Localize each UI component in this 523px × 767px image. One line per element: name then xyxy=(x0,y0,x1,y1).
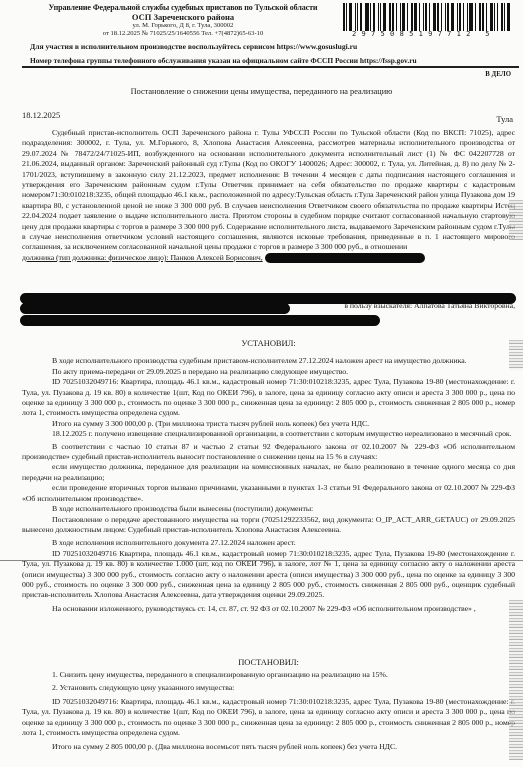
resolved-item: ID 70251032049716: Квартира, площадь 46.… xyxy=(22,697,515,739)
scan-noise xyxy=(509,200,523,240)
established-paragraph: В ходе исполнительного производства были… xyxy=(22,504,515,514)
established-paragraph: В ходе исполнения исполнительного докуме… xyxy=(22,538,515,548)
resolved-total: Итого на сумму 2 805 000,00 р. (Два милл… xyxy=(22,742,515,752)
filing-stamp: В ДЕЛО xyxy=(485,71,511,78)
resolved-item: 2. Установить следующую цену указанного … xyxy=(22,683,515,693)
document-city: Тула xyxy=(496,114,513,124)
established-paragraph: если имущество должника, переданное для … xyxy=(22,462,515,483)
barcode-icon xyxy=(343,3,513,31)
established-paragraph: если проведение вторичных торгов вызвано… xyxy=(22,483,515,504)
document-page: Управление Федеральной службы судебных п… xyxy=(0,0,523,767)
header-divider xyxy=(22,66,519,68)
established-paragraph: В ходе исполнительного производства суде… xyxy=(22,356,515,366)
debtor-line: должника (тип должника: физическое лицо)… xyxy=(22,253,515,263)
redaction-bar xyxy=(20,315,380,326)
established-paragraph: По акту приема-передачи от 29.09.2025 в … xyxy=(22,367,515,377)
debtor-label: должника (тип должника: физическое лицо)… xyxy=(22,253,263,262)
resolved-section: ПОСТАНОВИЛ: 1. Снизить цену имущества, п… xyxy=(22,648,515,753)
resolved-heading: ПОСТАНОВИЛ: xyxy=(22,657,515,667)
claimant-label: в пользу взыскателя: Алпатова Татьяна Ви… xyxy=(344,301,515,310)
issuer-org: Управление Федеральной службы судебных п… xyxy=(28,3,338,12)
gosuslugi-notice: Для участия в исполнительном производств… xyxy=(30,42,357,51)
issuer-department: ОСП Зареченского района xyxy=(28,12,338,22)
issuer-reference: от 18.12.2025 № 71025/25/1640556 Тел. +7… xyxy=(28,30,338,38)
barcode-digits: 2975085197712 5 xyxy=(352,30,512,38)
document-date: 18.12.2025 xyxy=(22,110,60,120)
intro-paragraph: Судебный пристав-исполнитель ОСП Заречен… xyxy=(22,128,515,253)
redaction-bar xyxy=(20,303,290,314)
established-paragraph: Итого на сумму 3 300 000,00 р. (Три милл… xyxy=(22,419,515,429)
issuer-header: Управление Федеральной службы судебных п… xyxy=(28,3,338,37)
phone-notice: Номер телефона группы телефонного обслуж… xyxy=(30,56,417,65)
redaction-bar xyxy=(265,253,425,263)
established-paragraph: ID 70251032049716 Квартира, площадь 46.1… xyxy=(22,549,515,601)
established-paragraph: В соответствии с частью 10 статьи 87 и ч… xyxy=(22,442,515,463)
scan-noise xyxy=(509,340,523,370)
established-paragraph: 18.12.2025 г. получено извещение специал… xyxy=(22,429,515,439)
established-paragraph: Постановление о передаче арестованного и… xyxy=(22,515,515,536)
document-title: Постановление о снижении цены имущества,… xyxy=(0,87,523,96)
established-paragraph: На основании изложенного, руководствуясь… xyxy=(22,604,515,614)
scan-noise xyxy=(509,600,523,760)
resolved-item: 1. Снизить цену имущества, переданного в… xyxy=(22,670,515,680)
established-paragraph: ID 70251032049716: Квартира, площадь 46.… xyxy=(22,377,515,419)
established-section: УСТАНОВИЛ: В ходе исполнительного произв… xyxy=(22,329,515,614)
document-body: Судебный пристав-исполнитель ОСП Заречен… xyxy=(22,128,515,263)
claimant-line: в пользу взыскателя: Алпатова Татьяна Ви… xyxy=(295,301,515,311)
established-heading: УСТАНОВИЛ: xyxy=(22,338,515,348)
scan-overlap-divider xyxy=(0,560,523,561)
issuer-address: ул. М. Горького, Д 8, г. Тула, 300002 xyxy=(28,22,338,30)
